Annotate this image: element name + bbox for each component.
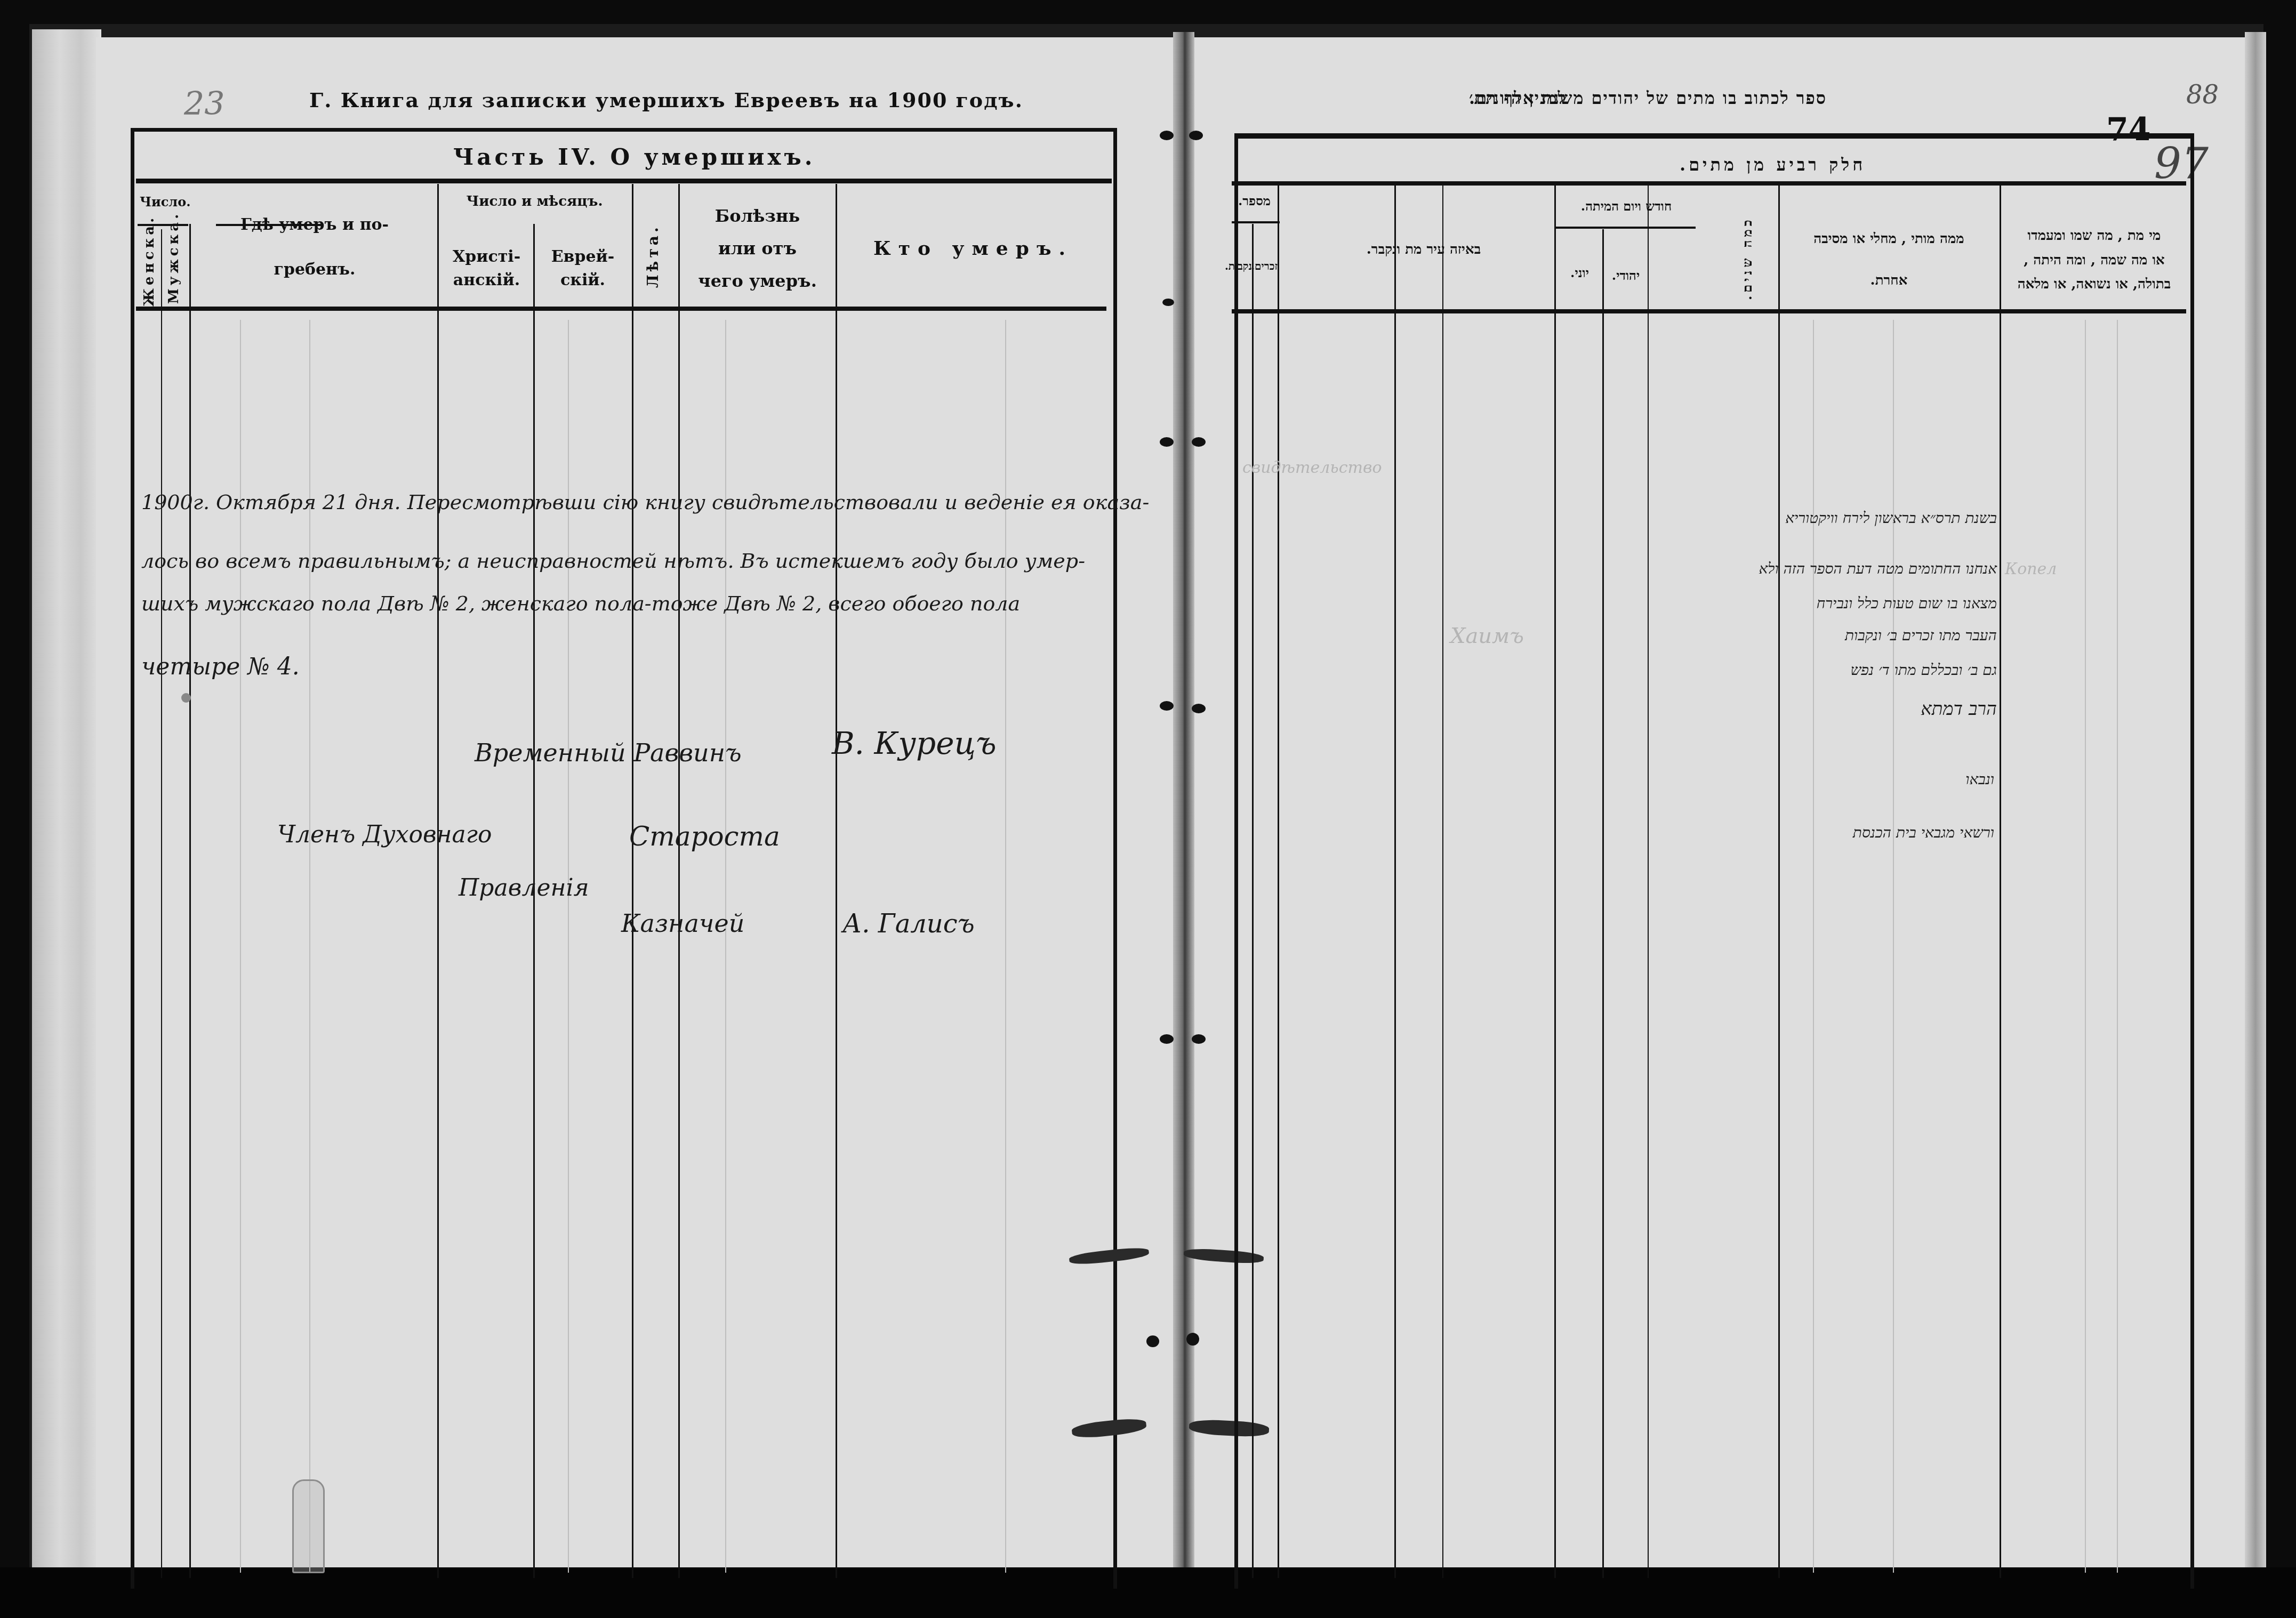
stacked-page-edges-right — [2245, 32, 2266, 1594]
rabbi-hebrew-signature: הרב דמתא — [1784, 698, 1997, 720]
col-line — [1778, 184, 1780, 1578]
entry-line-1: 1900г. Октября 21 дня. Пересмотрѣвши сію… — [141, 490, 1149, 514]
handwritten-page-number-top: 88 — [2186, 80, 2219, 110]
header-zekharim: זכרים. — [1254, 259, 1278, 274]
col-line — [1602, 229, 1604, 1578]
hebrew-entry-line-4: העבר מתו זכרים ב׳ ונקבות — [1784, 626, 1997, 645]
col-line — [632, 184, 633, 1578]
hebrew-entry-line-3: מצאנו בו שום טעות כלל ונבירח — [1784, 594, 1997, 613]
header-zhenska: Женска. — [140, 229, 161, 307]
col-line — [1554, 184, 1556, 1578]
hebrew-entry-line-5: גם ב׳ ובכללם מתו ד׳ נפש — [1784, 661, 1997, 679]
header-yehudi: יהודי. — [1604, 267, 1648, 285]
mispar-subrule — [1232, 221, 1280, 223]
header-rule-top — [1232, 181, 2186, 186]
right-part-title: חלק רביע מן מתים. — [1680, 155, 1866, 175]
binding-hole — [1160, 437, 1174, 447]
left-part-title: Часть IV. О умершихъ. — [453, 144, 815, 170]
header-khristianskiy: Христі- анскій. — [440, 245, 533, 292]
rabbi-signature: В. Курецъ — [832, 725, 997, 761]
col-line — [161, 229, 162, 1578]
hebrew-confirm: ונבאו — [1784, 770, 1994, 788]
col-line — [1648, 184, 1649, 1578]
header-chislo: Число. — [140, 193, 188, 212]
binding-hole — [1160, 131, 1174, 140]
header-muzhska: Мужска. — [164, 229, 188, 304]
old-folio-number: 23 — [184, 85, 224, 123]
header-ba-eize-ir: באיזה עיר מת ונקבר. — [1301, 240, 1546, 260]
board-member-line-1: Членъ Духовнаго — [277, 821, 492, 848]
binding-hole — [1192, 1034, 1206, 1044]
header-rule-top — [136, 179, 1112, 183]
col-line — [437, 184, 439, 1578]
hebrew-entry-line-1: בשנת תרס״א בראשון לירח וויקטוריא — [1784, 509, 1997, 527]
header-kamah-shanim: כמה שנים. — [1738, 213, 1760, 304]
col-line — [1278, 184, 1279, 1578]
col-line — [1252, 224, 1254, 1578]
binding-hole — [1192, 437, 1206, 447]
header-chislo-mesyats: Число и мѣсяцъ. — [440, 192, 629, 212]
col-line — [678, 184, 680, 1578]
header-yevani: יוני. — [1557, 264, 1602, 283]
header-mispar: מספר. — [1232, 192, 1277, 211]
chodesh-subrule — [1554, 227, 1696, 229]
glass-weight — [292, 1479, 325, 1573]
rabbi-title: Временный Раввинъ — [475, 738, 742, 767]
col-line — [189, 224, 191, 1578]
header-rule-bottom — [1232, 309, 2186, 313]
header-leta: Лѣта. — [643, 213, 675, 299]
right-table-frame — [1234, 133, 2194, 1589]
stacked-page-edges-left — [32, 29, 101, 1591]
left-running-head: Г. Книга для записки умершихъ Евреевъ на… — [309, 88, 1023, 112]
board-member-line-2: Правленія — [459, 874, 589, 901]
gabbai-signature: ורשאי מגבאי בית הכנסת — [1784, 824, 1994, 842]
book-gutter — [1173, 32, 1194, 1594]
header-kto-umer: Кто умеръ. — [840, 235, 1106, 262]
header-rule-bottom — [136, 307, 1106, 311]
treasurer-signature: А. Галисъ — [842, 909, 975, 939]
entry-line-2: лось во всемъ правильнымъ; а неисправнос… — [141, 549, 1085, 573]
col-line — [836, 184, 837, 1578]
col-line — [1394, 184, 1396, 1578]
header-mima-mot: ממה מותי , מחלי או מסיבה אחרת. — [1781, 229, 1997, 291]
entry-line-4: четыре № 4. — [141, 653, 300, 680]
binding-hole — [1189, 131, 1203, 140]
header-gde-umer: Гдѣ умеръ и по- гребенъ. — [192, 213, 437, 281]
left-table-frame — [131, 128, 1117, 1589]
binding-hole — [1192, 704, 1206, 713]
binding-hole — [1162, 299, 1174, 306]
entry-line-3: шихъ мужскаго пола Двѣ № 2, женскаго пол… — [141, 592, 1020, 615]
header-chodesh-yom: חודש ויום המיתה. — [1557, 197, 1696, 216]
binding-hole — [1160, 1034, 1174, 1044]
col-line — [1442, 184, 1443, 1578]
binding-hole — [1160, 701, 1174, 711]
right-running-head-suffix: למנין הזונים. — [1469, 88, 1567, 108]
col-line — [2000, 184, 2001, 1578]
hebrew-entry-line-2: אנחנו החתומים מטה דעת הספר הזה ולא — [1784, 560, 1997, 578]
header-evreyskiy: Еврей- скій. — [535, 245, 631, 292]
header-mi-met: מי מת , מה שמו ומעמדו או מה שמה , ומה הי… — [2002, 224, 2186, 297]
header-bolezn: Болѣзнь или отъ чего умеръ. — [681, 200, 833, 297]
header-nekevot: נקבות. — [1232, 259, 1252, 274]
treasurer-label: Казначей — [621, 909, 744, 938]
elder-label: Староста — [629, 821, 780, 852]
